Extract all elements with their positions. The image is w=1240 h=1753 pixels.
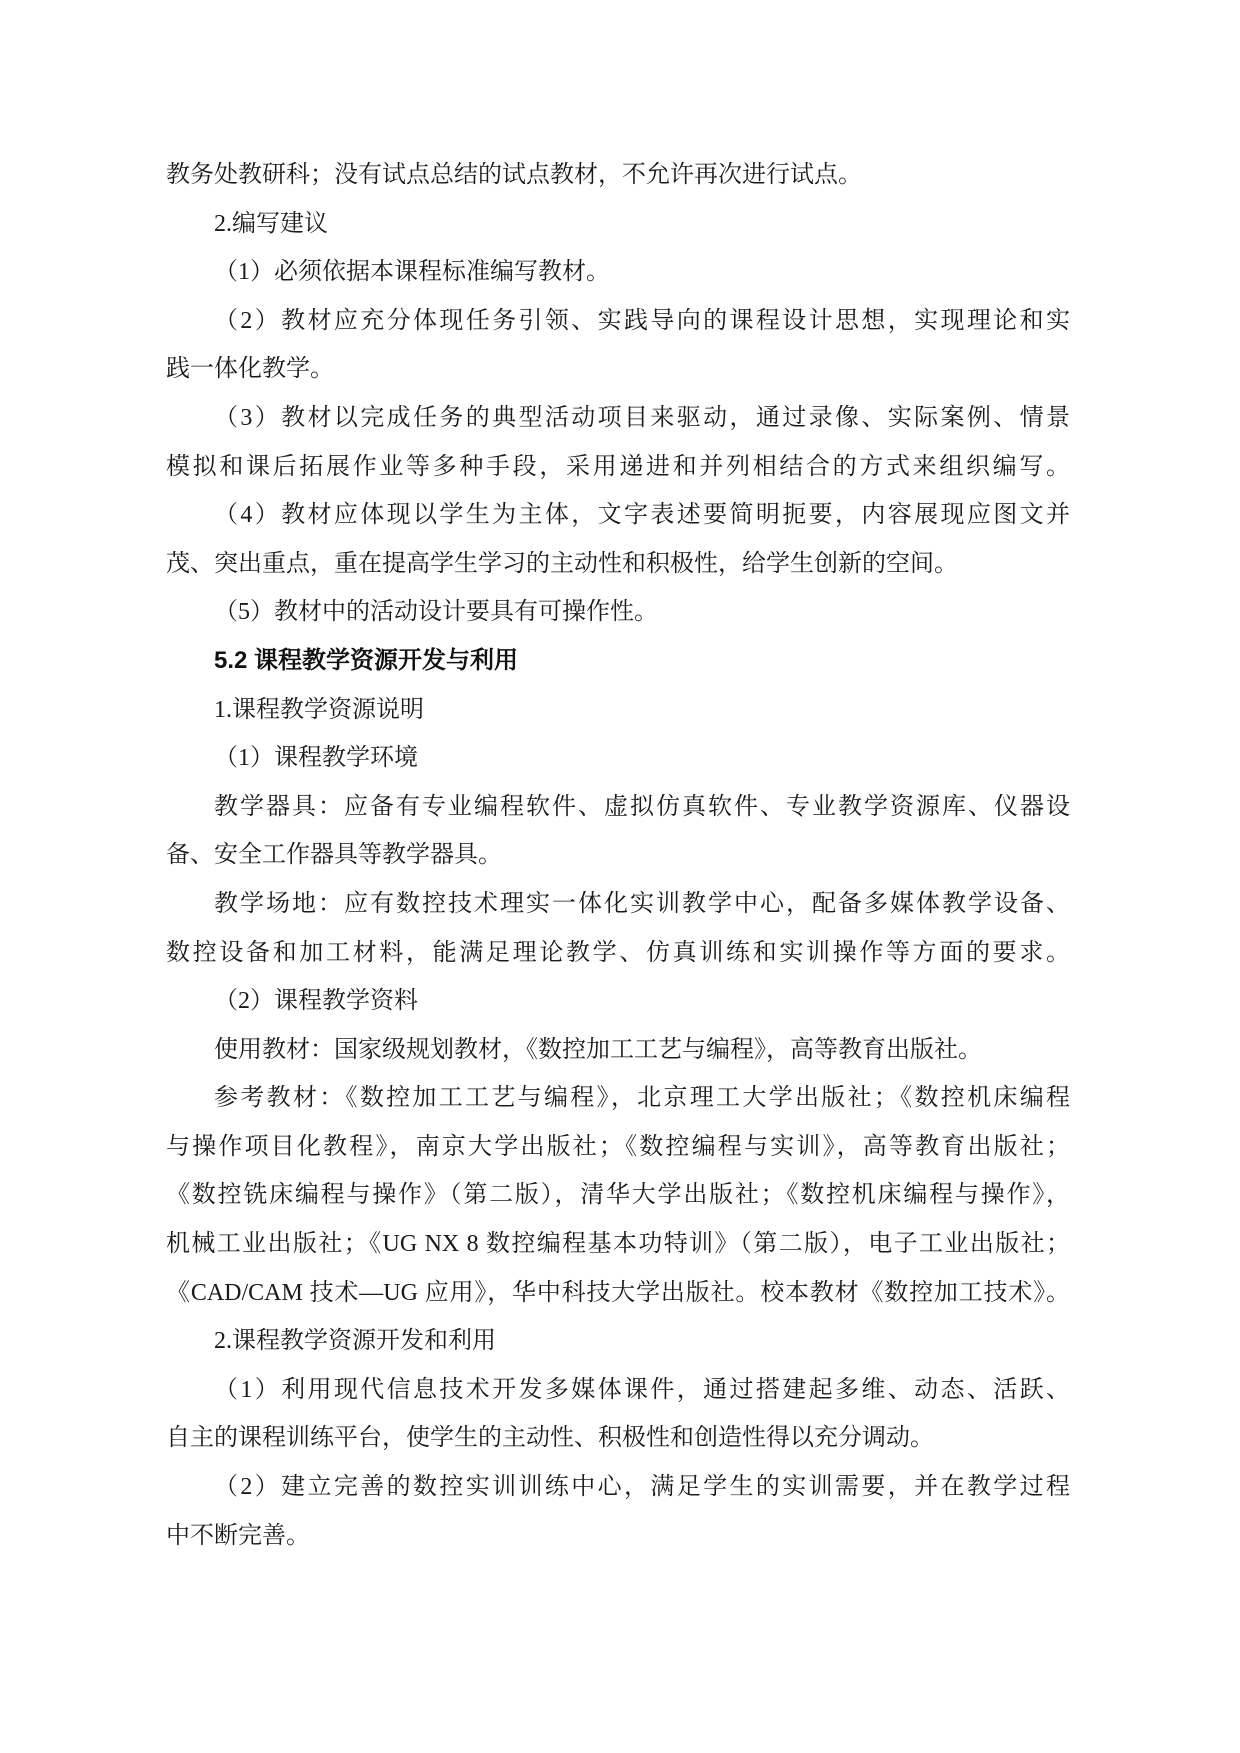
text-line: 教学器具：应备有专业编程软件、虚拟仿真软件、专业教学资源库、仪器设 xyxy=(166,783,1070,832)
text-line: 中不断完善。 xyxy=(166,1512,1070,1561)
text-line: 2.编写建议 xyxy=(166,200,1070,249)
text-line: 茂、突出重点，重在提高学生学习的主动性和积极性，给学生创新的空间。 xyxy=(166,540,1070,589)
text-line: （2）教材应充分体现任务引领、实践导向的课程设计思想，实现理论和实 xyxy=(166,297,1070,346)
text-line: 机械工业出版社；《UG NX 8 数控编程基本功特训》（第二版），电子工业出版社… xyxy=(166,1220,1070,1269)
text-line: 1.课程教学资源说明 xyxy=(166,686,1070,735)
text-line: （2）课程教学资料 xyxy=(166,977,1070,1026)
text-line: 教学场地：应有数控技术理实一体化实训教学中心，配备多媒体教学设备、 xyxy=(166,880,1070,929)
text-line: 自主的课程训练平台，使学生的主动性、积极性和创造性得以充分调动。 xyxy=(166,1414,1070,1463)
text-line: 教务处教研科；没有试点总结的试点教材，不允许再次进行试点。 xyxy=(166,151,1070,200)
text-line: （1）课程教学环境 xyxy=(166,734,1070,783)
text-line: （1）必须依据本课程标准编写教材。 xyxy=(166,248,1070,297)
text-line: 备、安全工作器具等教学器具。 xyxy=(166,831,1070,880)
text-line: 2.课程教学资源开发和利用 xyxy=(166,1317,1070,1366)
text-line: 数控设备和加工材料，能满足理论教学、仿真训练和实训操作等方面的要求。 xyxy=(166,929,1070,978)
text-line: （5）教材中的活动设计要具有可操作性。 xyxy=(166,588,1070,637)
text-line: 践一体化教学。 xyxy=(166,345,1070,394)
section-heading: 5.2 课程教学资源开发与利用 xyxy=(166,637,1070,686)
text-line: 参考教材：《数控加工工艺与编程》，北京理工大学出版社；《数控机床编程 xyxy=(166,1074,1070,1123)
text-line: 模拟和课后拓展作业等多种手段，采用递进和并列相结合的方式来组织编写。 xyxy=(166,443,1070,492)
text-line: （1）利用现代信息技术开发多媒体课件，通过搭建起多维、动态、活跃、 xyxy=(166,1366,1070,1415)
text-line: 使用教材：国家级规划教材，《数控加工工艺与编程》，高等教育出版社。 xyxy=(166,1026,1070,1075)
text-line: （3）教材以完成任务的典型活动项目来驱动，通过录像、实际案例、情景 xyxy=(166,394,1070,443)
text-line: 与操作项目化教程》，南京大学出版社；《数控编程与实训》，高等教育出版社； xyxy=(166,1123,1070,1172)
text-line: （2）建立完善的数控实训训练中心，满足学生的实训需要，并在教学过程 xyxy=(166,1463,1070,1512)
text-line: 《数控铣床编程与操作》（第二版），清华大学出版社；《数控机床编程与操作》， xyxy=(166,1171,1070,1220)
text-line: 《CAD/CAM 技术—UG 应用》，华中科技大学出版社。校本教材《数控加工技术… xyxy=(166,1269,1070,1318)
document-page: 教务处教研科；没有试点总结的试点教材，不允许再次进行试点。 2.编写建议 （1）… xyxy=(0,0,1240,1753)
text-line: （4）教材应体现以学生为主体，文字表述要简明扼要，内容展现应图文并 xyxy=(166,491,1070,540)
